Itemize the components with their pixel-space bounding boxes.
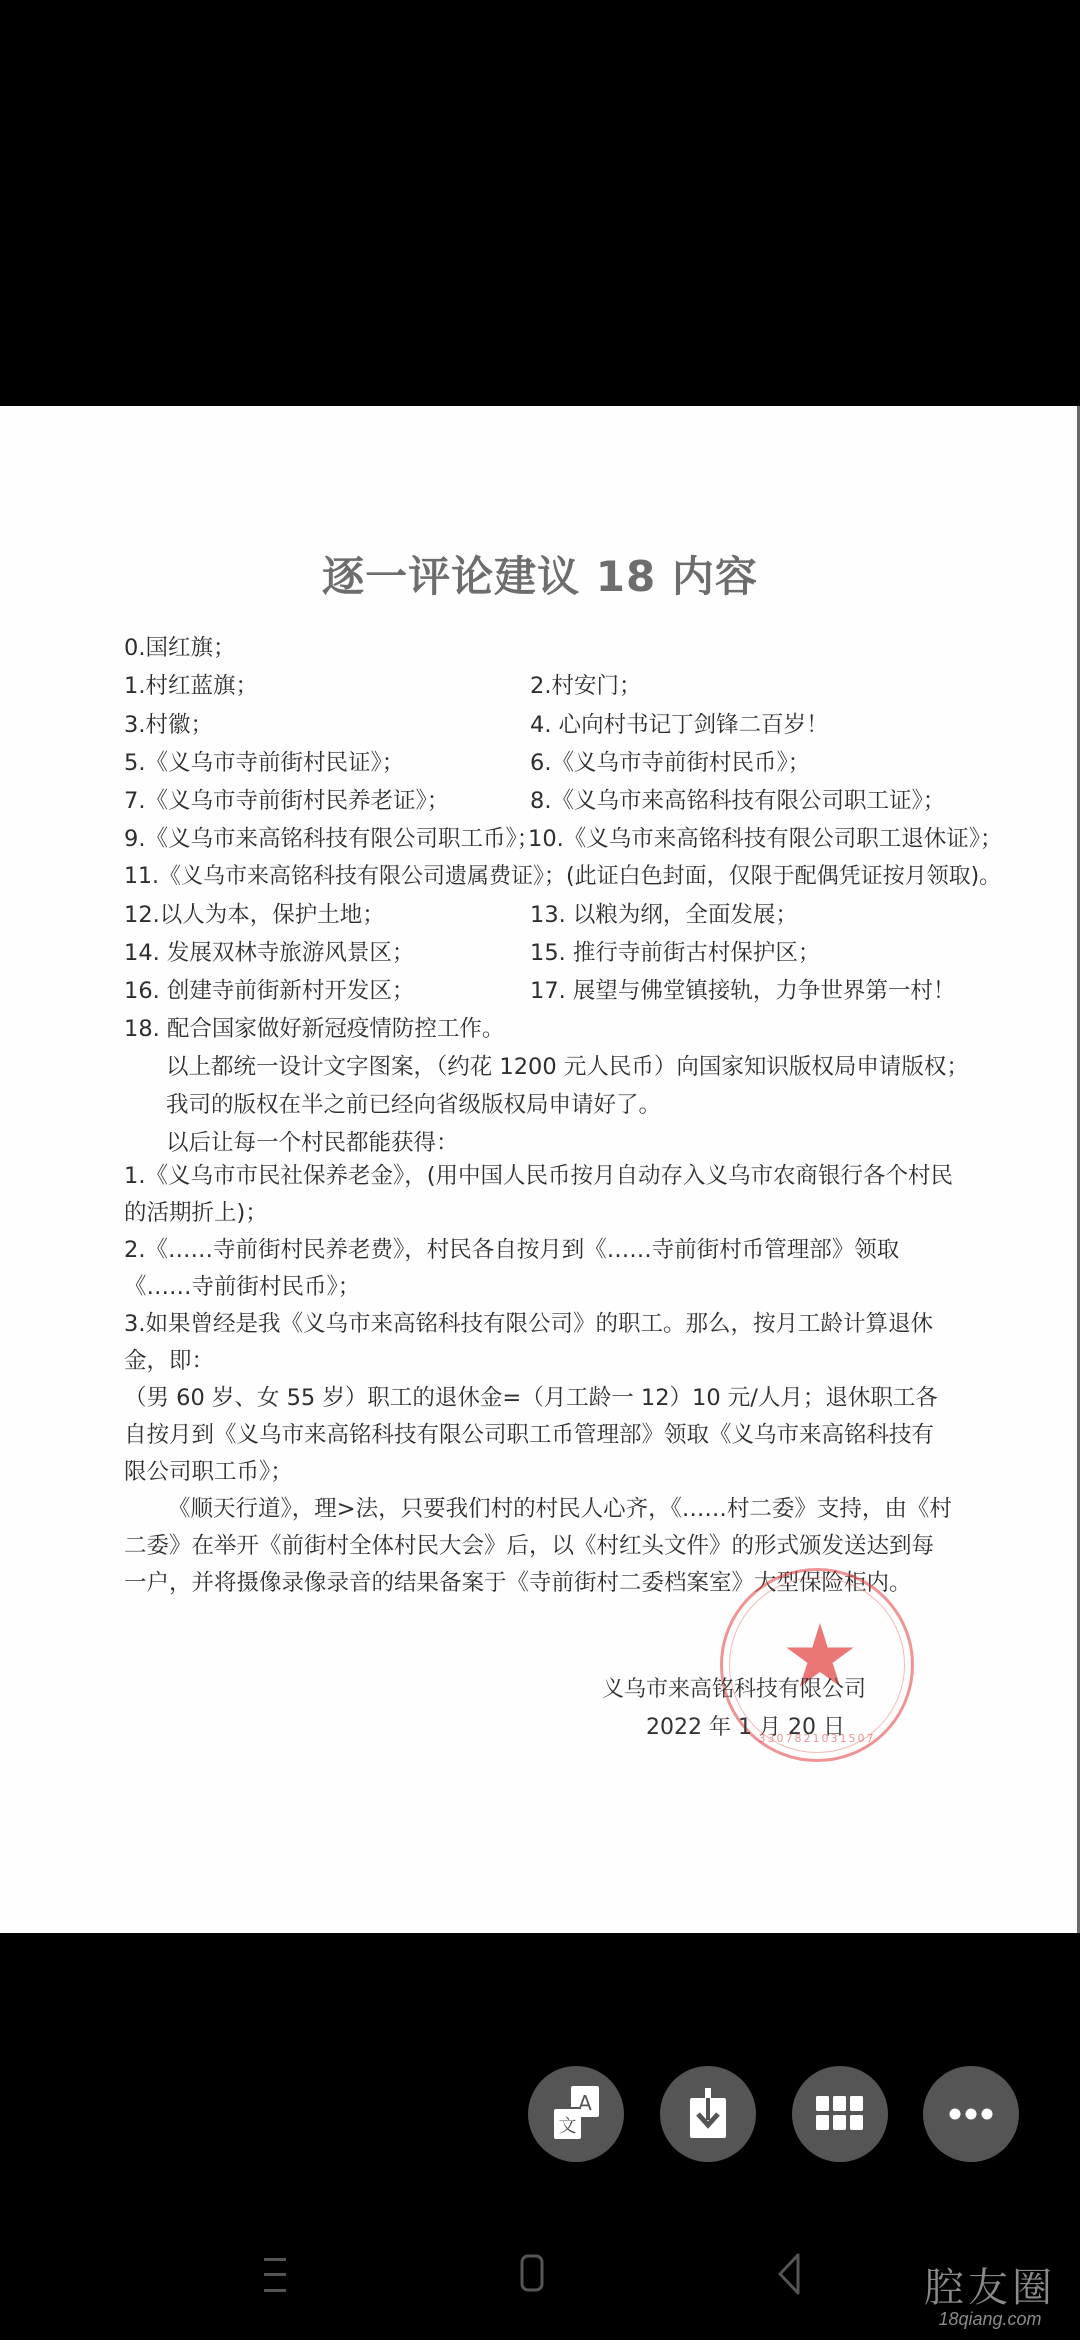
more-button[interactable] [923,2066,1019,2162]
item-11: 11.《义乌市来高铭科技有限公司遗属费证》；(此证白色封面，仅限于配偶凭证按月领… [124,859,1001,890]
item-9: 9.《义乌市来高铭科技有限公司职工币》； [124,821,539,853]
grid-icon [816,2096,864,2132]
item-12: 12.以人为本，保护土地； [124,897,385,929]
save-button[interactable] [660,2066,756,2162]
item-3: 3.村徽； [124,707,213,739]
nav-home-button[interactable] [520,2254,546,2298]
item-8: 8.《义乌市来高铭科技有限公司职工证》； [530,783,945,815]
download-icon [688,2088,728,2140]
site-watermark: 腔友圈 18qiang.com [924,2267,1056,2330]
translate-button[interactable]: A 文 [528,2066,624,2162]
nav-back-button[interactable] [776,2252,802,2300]
item-2: 2.村安门； [530,668,641,700]
svg-text:文: 文 [559,2116,577,2137]
apps-button[interactable] [792,2066,888,2162]
home-icon [520,2254,546,2294]
item-18: 18. 配合国家做好新冠疫情防控工作。 [124,1011,504,1043]
item-7: 7.《义乌市寺前街村民养老证》； [124,783,449,815]
benefit-1: 1.《义乌市市民社保养老金》，(用中国人民币按月自动存入义乌市农商银行各个村民的… [124,1158,956,1232]
signature-date: 2022 年 1 月 20 日 [646,1710,845,1741]
copyright-paragraph-1: 以上都统一设计文字图案，（约花 1200 元人民币）向国家知识版权局申请版权； [166,1049,969,1081]
item-14: 14. 发展双林寺旅游风景区； [124,935,414,967]
signature-company: 义乌市来高铭科技有限公司 [602,1672,866,1703]
back-icon [776,2252,802,2296]
document-title: 逐一评论建议 18 内容 [0,544,1080,604]
copyright-paragraph-2: 我司的版权在半之前已经向省级版权局申请好了。 [166,1087,661,1119]
item-16: 16. 创建寺前街新村开发区； [124,973,414,1005]
benefit-3-formula: （男 60 岁、女 55 岁）职工的退休金=（月工龄一 12）10 元/人月；退… [124,1380,956,1491]
item-17: 17. 展望与佛堂镇接轨，力争世界第一村！ [530,973,955,1005]
item-5: 5.《义乌市寺前街村民证》； [124,745,404,777]
translate-icon: A 文 [551,2086,601,2142]
item-13: 13. 以粮为纲，全面发展； [530,897,798,929]
item-10: 10.《义乌市来高铭科技有限公司职工退休证》； [528,821,1003,853]
more-icon [949,2107,993,2121]
watermark-chinese: 腔友圈 [924,2267,1056,2309]
item-4: 4. 心向村书记丁剑锋二百岁！ [530,707,829,739]
item-6: 6.《义乌市寺前街村民币》； [530,745,810,777]
item-0: 0.国红旗； [124,630,235,662]
benefit-2: 2.《……寺前街村民养老费》，村民各自按月到《……寺前街村币管理部》领取《……寺… [124,1232,956,1306]
benefit-3: 3.如果曾经是我《义乌市来高铭科技有限公司》的职工。那么，按月工龄计算退休金，即… [124,1306,956,1380]
benefits-intro: 以后让每一个村民都能获得： [166,1125,459,1157]
item-15: 15. 推行寺前街古村保护区； [530,935,820,967]
document-image[interactable]: 逐一评论建议 18 内容 0.国红旗； 1.村红蓝旗； 2.村安门； 3.村徽；… [0,406,1080,1933]
nav-menu-button[interactable] [262,2256,288,2298]
watermark-url: 18qiang.com [924,2309,1056,2330]
item-1: 1.村红蓝旗； [124,668,258,700]
menu-icon [262,2256,288,2294]
